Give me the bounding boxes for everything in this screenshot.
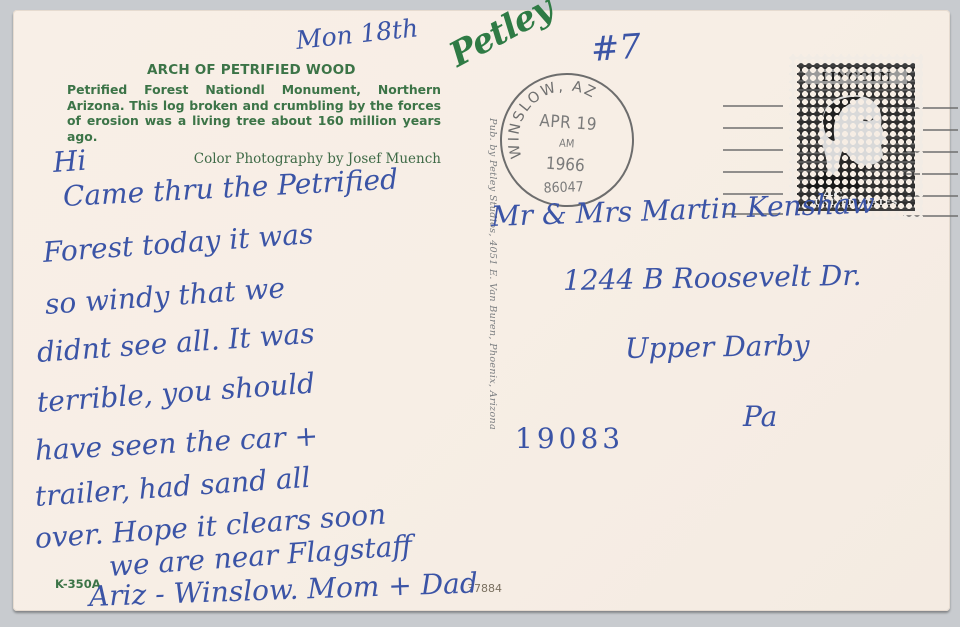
message-line: didnt see all. It was <box>36 317 316 369</box>
message-line: have seen the car + <box>34 419 319 467</box>
message-line: Forest today it was <box>42 217 314 269</box>
caption-title: ARCH OF PETRIFIED WOOD <box>147 62 447 78</box>
message-line: Came thru the Petrified <box>62 162 399 213</box>
address-street: 1244 B Roosevelt Dr. <box>563 259 862 297</box>
handwritten-date: Mon 18th <box>294 13 419 55</box>
postcard-back: ARCH OF PETRIFIED WOOD Petrified Forest … <box>13 10 950 611</box>
address-city: Upper Darby <box>625 329 810 365</box>
caption-body: Petrified Forest Nationdl Monument, Nort… <box>67 82 441 144</box>
publisher-logo: Petley <box>443 0 559 75</box>
message-line: terrible, you should <box>36 367 316 419</box>
message-line: so windy that we <box>44 271 286 321</box>
address-zip: 19083 <box>515 422 624 455</box>
publisher-credit: Pub. by Petley Studios, 4051 E. Van Bure… <box>487 118 498 538</box>
photo-credit: Color Photography by Josef Muench <box>177 151 441 167</box>
handwritten-card-number: #7 <box>590 27 643 70</box>
address-state: Pa <box>743 400 777 433</box>
message-line: Hi <box>52 144 88 179</box>
postmark: WINSLOW, AZ APR 19 AM 1966 86047 <box>495 68 638 211</box>
stamp-title: LINCOLN <box>805 69 907 84</box>
lincoln-portrait-icon <box>803 89 907 189</box>
